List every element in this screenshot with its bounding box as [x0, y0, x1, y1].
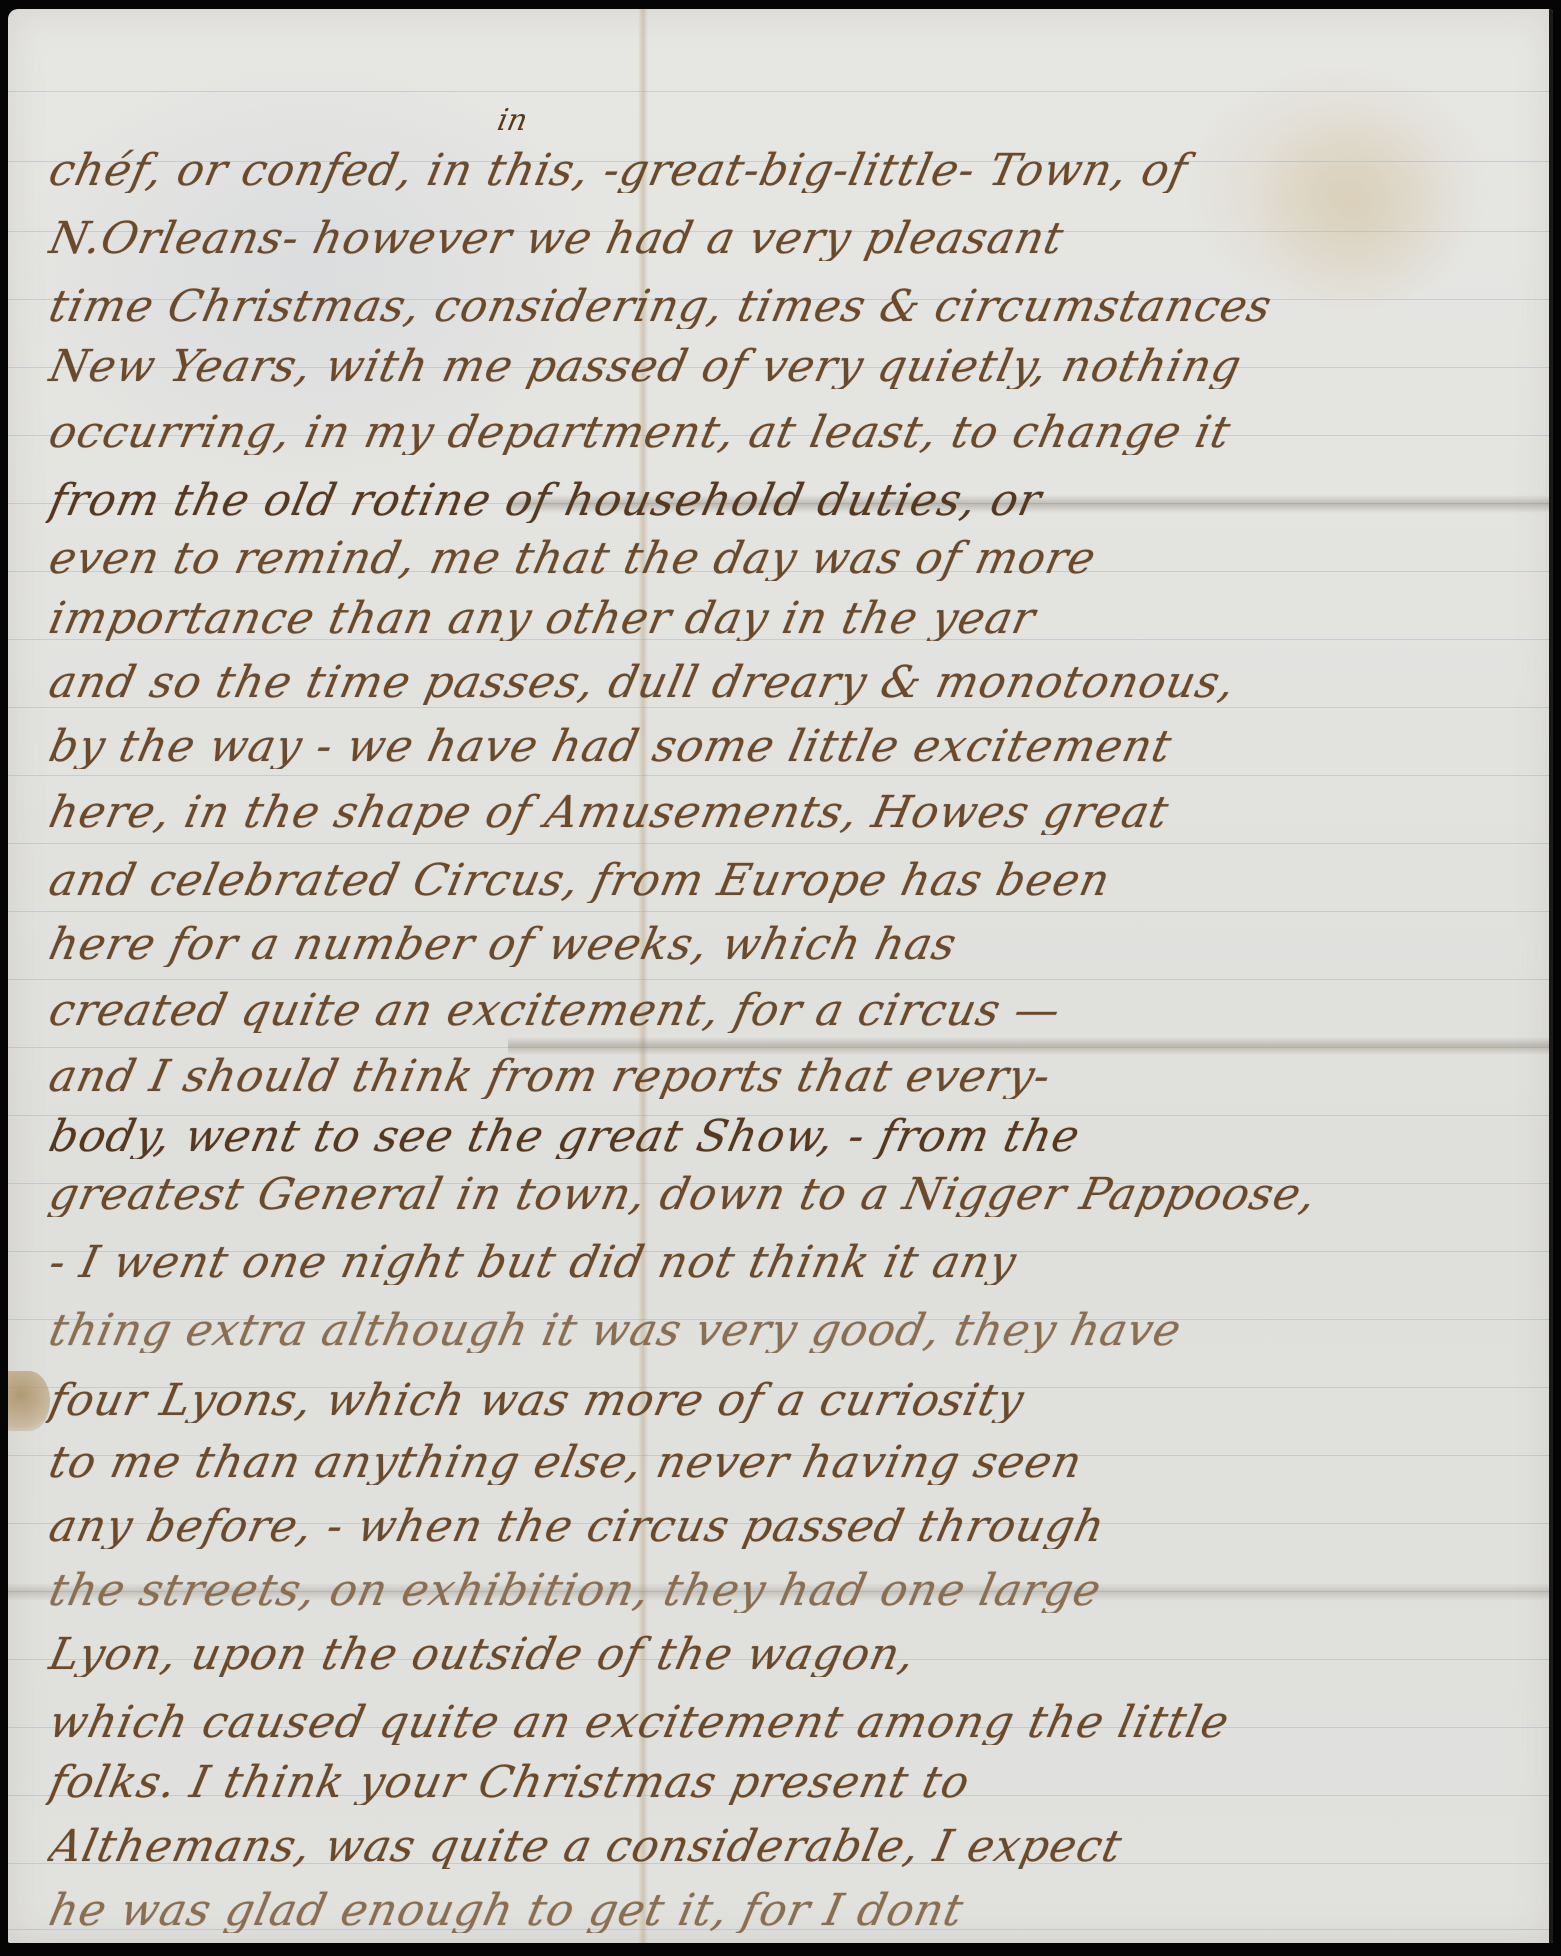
letter-line-3: time Christmas, considering, times & cir…	[45, 285, 1537, 329]
letter-line-1: chéf, or confed, in this, -great-big-lit…	[45, 149, 1537, 193]
letter-line-25: which caused quite an excitement among t…	[45, 1701, 1537, 1745]
letter-line-19: thing extra although it was very good, t…	[45, 1309, 1537, 1353]
letter-line-10: by the way - we have had some little exc…	[45, 725, 1537, 769]
letter-line-23: the streets, on exhibition, they had one…	[45, 1569, 1537, 1613]
letter-line-22: any before, - when the circus passed thr…	[45, 1505, 1537, 1549]
letter-line-20: four Lyons, which was more of a curiosit…	[45, 1379, 1537, 1423]
letter-line-16: body, went to see the great Show, - from…	[45, 1115, 1537, 1159]
page-edge	[1549, 9, 1553, 1943]
letter-line-24: Lyon, upon the outside of the wagon,	[45, 1633, 1537, 1677]
letter-line-18: - I went one night but did not think it …	[45, 1241, 1537, 1285]
letter-line-17: greatest General in town, down to a Nigg…	[45, 1173, 1537, 1217]
letter-line-2: N.Orleans- however we had a very pleasan…	[45, 217, 1537, 261]
letter-line-8: importance than any other day in the yea…	[45, 597, 1537, 641]
letter-line-5: occurring, in my department, at least, t…	[45, 411, 1537, 455]
letter-line-28: he was glad enough to get it, for I dont	[45, 1889, 1537, 1933]
letter-line-7: even to remind, me that the day was of m…	[45, 537, 1537, 581]
letter-body: in chéf, or confed, in this, -great-big-…	[8, 9, 1553, 1943]
letter-line-26: folks. I think your Christmas present to	[45, 1761, 1537, 1805]
letter-line-9: and so the time passes, dull dreary & mo…	[45, 661, 1537, 705]
letter-line-13: here for a number of weeks, which has	[45, 923, 1537, 967]
letter-line-15: and I should think from reports that eve…	[45, 1055, 1537, 1099]
letter-line-21: to me than anything else, never having s…	[45, 1441, 1537, 1485]
letter-line-4: New Years, with me passed of very quietl…	[45, 345, 1537, 389]
letter-page: in chéf, or confed, in this, -great-big-…	[8, 9, 1553, 1943]
letter-line-27: Althemans, was quite a considerable, I e…	[45, 1825, 1537, 1869]
letter-line-12: and celebrated Circus, from Europe has b…	[45, 859, 1537, 903]
letter-line-6: from the old rotine of household duties,…	[45, 479, 1537, 523]
inserted-word: in	[494, 103, 530, 138]
letter-line-14: created quite an excitement, for a circu…	[45, 989, 1537, 1033]
scan-background: in chéf, or confed, in this, -great-big-…	[0, 0, 1561, 1956]
letter-line-11: here, in the shape of Amusements, Howes …	[45, 791, 1537, 835]
